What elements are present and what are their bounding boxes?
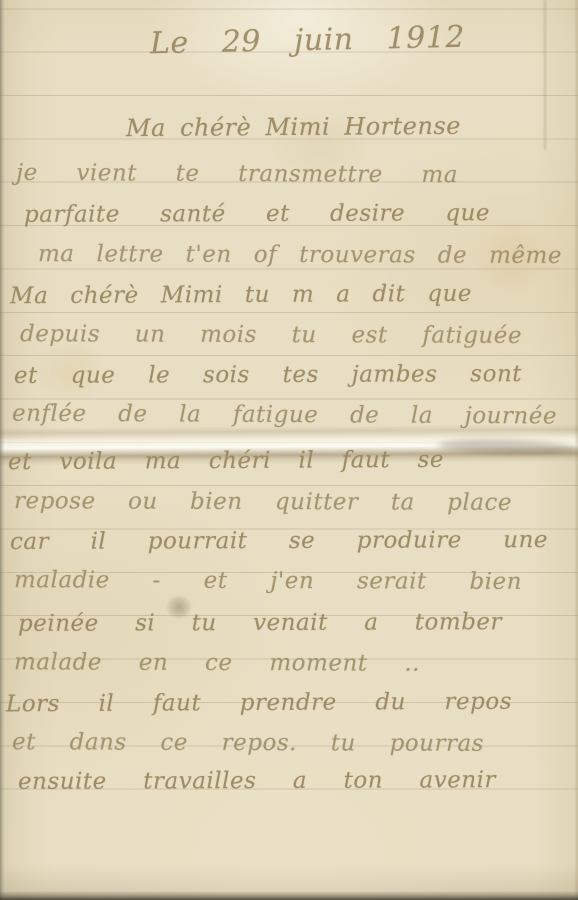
letter-line: repose ou bien quitter ta place <box>14 484 512 520</box>
letter-page: Le 29 juin 1912 Ma chérè Mimi Hortense j… <box>0 0 578 900</box>
paper-right-edge <box>574 0 578 900</box>
letter-line: et voila ma chéri il faut se <box>8 443 444 479</box>
letter-line: parfaite santé et desire que <box>24 196 490 232</box>
letter-line: je vient te transmettre ma <box>16 156 458 192</box>
letter-line: maladie - et j'en serait bien <box>14 563 522 599</box>
letter-line: ma lettre t'en of trouveras de même <box>38 237 562 273</box>
letter-line: enflée de la fatigue de la journée <box>12 397 557 434</box>
letter-line: malade en ce moment .. <box>14 645 420 680</box>
salutation-line: Ma chérè Mimi Hortense <box>126 109 456 145</box>
letter-line: Ma chérè Mimi tu m a dit que <box>10 277 472 313</box>
letter-line: car il pourrait se produire une <box>10 523 548 559</box>
letter-line: Lors il faut prendre du repos <box>6 685 512 722</box>
paper-bottom-edge <box>0 891 578 900</box>
letter-line: et que le sois tes jambes sont <box>14 357 522 393</box>
handwriting-layer: Le 29 juin 1912 Ma chérè Mimi Hortense j… <box>0 0 578 900</box>
letter-line: depuis un mois tu est fatiguée <box>20 317 522 353</box>
letter-line: ensuite travailles a ton avenir <box>18 763 496 799</box>
date-line: Le 29 juin 1912 <box>150 21 466 62</box>
letter-line: peinée si tu venait a tomber <box>18 605 502 641</box>
paper-left-edge <box>0 0 5 900</box>
letter-line: et dans ce repos. tu pourras <box>12 725 484 761</box>
